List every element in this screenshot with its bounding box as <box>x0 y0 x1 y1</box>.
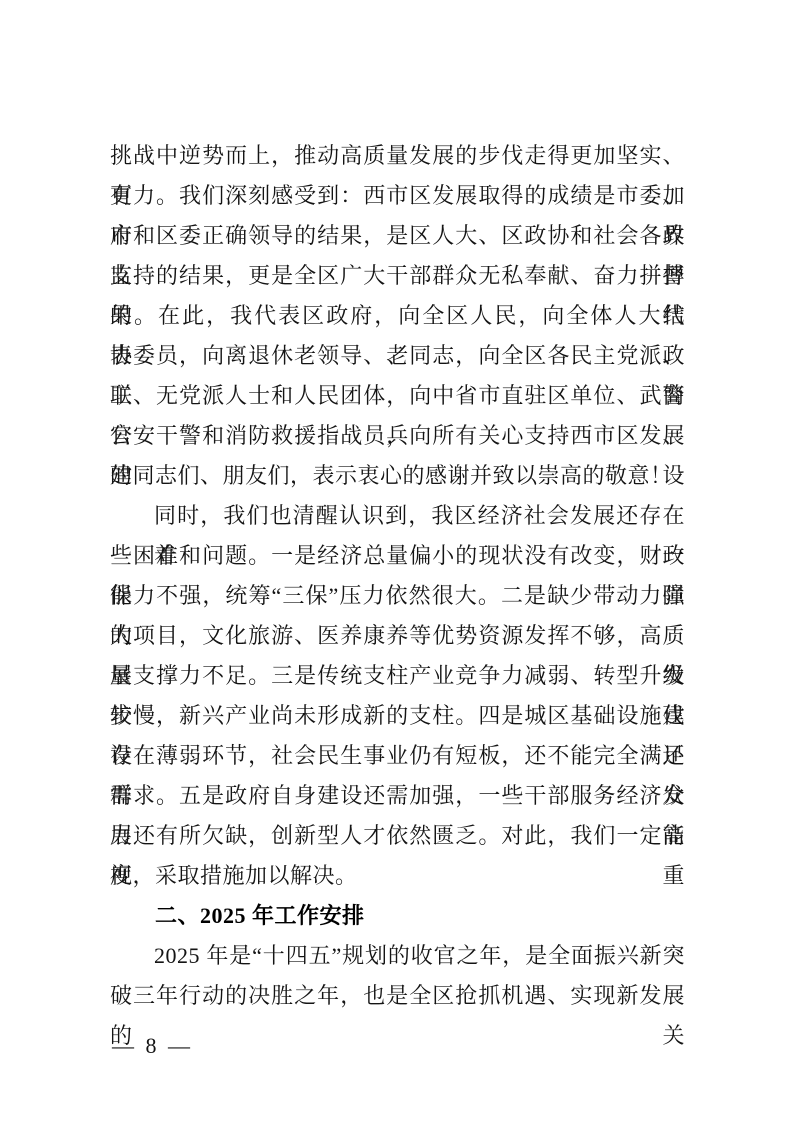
text-line: 存在薄弱环节，社会民生事业仍有短板，还不能完全满足群众 <box>110 736 685 776</box>
text-line: 破三年行动的决胜之年，也是全区抢抓机遇、实现新发展的关 <box>110 976 685 1016</box>
text-line: 些困难和问题。一是经济总量偏小的现状没有改变，财政保障 <box>110 536 685 576</box>
text-line: 力还有所欠缺，创新型人才依然匮乏。对此，我们一定高度重 <box>110 816 685 856</box>
section-heading: 二、2025 年工作安排 <box>110 896 685 936</box>
text-line-paragraph-end: 的同志们、朋友们，表示衷心的感谢并致以崇高的敬意！ <box>110 456 685 496</box>
text-line: 大项目，文化旅游、医养康养等优势资源发挥不够，高质量发 <box>110 616 685 656</box>
text-line: 协委员，向离退休老领导、老同志，向全区各民主党派、工商 <box>110 336 685 376</box>
page-number: — 8 — <box>112 1031 193 1061</box>
text-line: 联、无党派人士和人民团体，向中省市直驻区单位、武警官兵、 <box>110 376 685 416</box>
document-body: 挑战中逆势而上，推动高质量发展的步伐走得更加坚实、更加 有力。我们深刻感受到：西… <box>110 136 685 1016</box>
text-line: 能力不强，统筹“三保”压力依然很大。二是缺少带动力强的 <box>110 576 685 616</box>
text-line-paragraph-start: 2025 年是“十四五”规划的收官之年，是全面振兴新突 <box>110 936 685 976</box>
document-page: 挑战中逆势而上，推动高质量发展的步伐走得更加坚实、更加 有力。我们深刻感受到：西… <box>0 0 793 1122</box>
text-line-paragraph-start: 同时，我们也清醒认识到，我区经济社会发展还存在着一 <box>110 496 685 536</box>
text-line: 支持的结果，更是全区广大干部群众无私奉献、奋力拼搏的结 <box>110 256 685 296</box>
text-line: 府和区委正确领导的结果，是区人大、区政协和社会各界监督 <box>110 216 685 256</box>
text-line: 需求。五是政府自身建设还需加强，一些干部服务经济发展能 <box>110 776 685 816</box>
text-line: 有力。我们深刻感受到：西市区发展取得的成绩是市委、市政 <box>110 176 685 216</box>
text-line: 公安干警和消防救援指战员，向所有关心支持西市区发展建设 <box>110 416 685 456</box>
text-line: 挑战中逆势而上，推动高质量发展的步伐走得更加坚实、更加 <box>110 136 685 176</box>
text-line: 较慢，新兴产业尚未形成新的支柱。四是城区基础设施建设还 <box>110 696 685 736</box>
text-line: 展支撑力不足。三是传统支柱产业竞争力减弱、转型升级步伐 <box>110 656 685 696</box>
text-line: 果。在此，我代表区政府，向全区人民，向全体人大代表、政 <box>110 296 685 336</box>
